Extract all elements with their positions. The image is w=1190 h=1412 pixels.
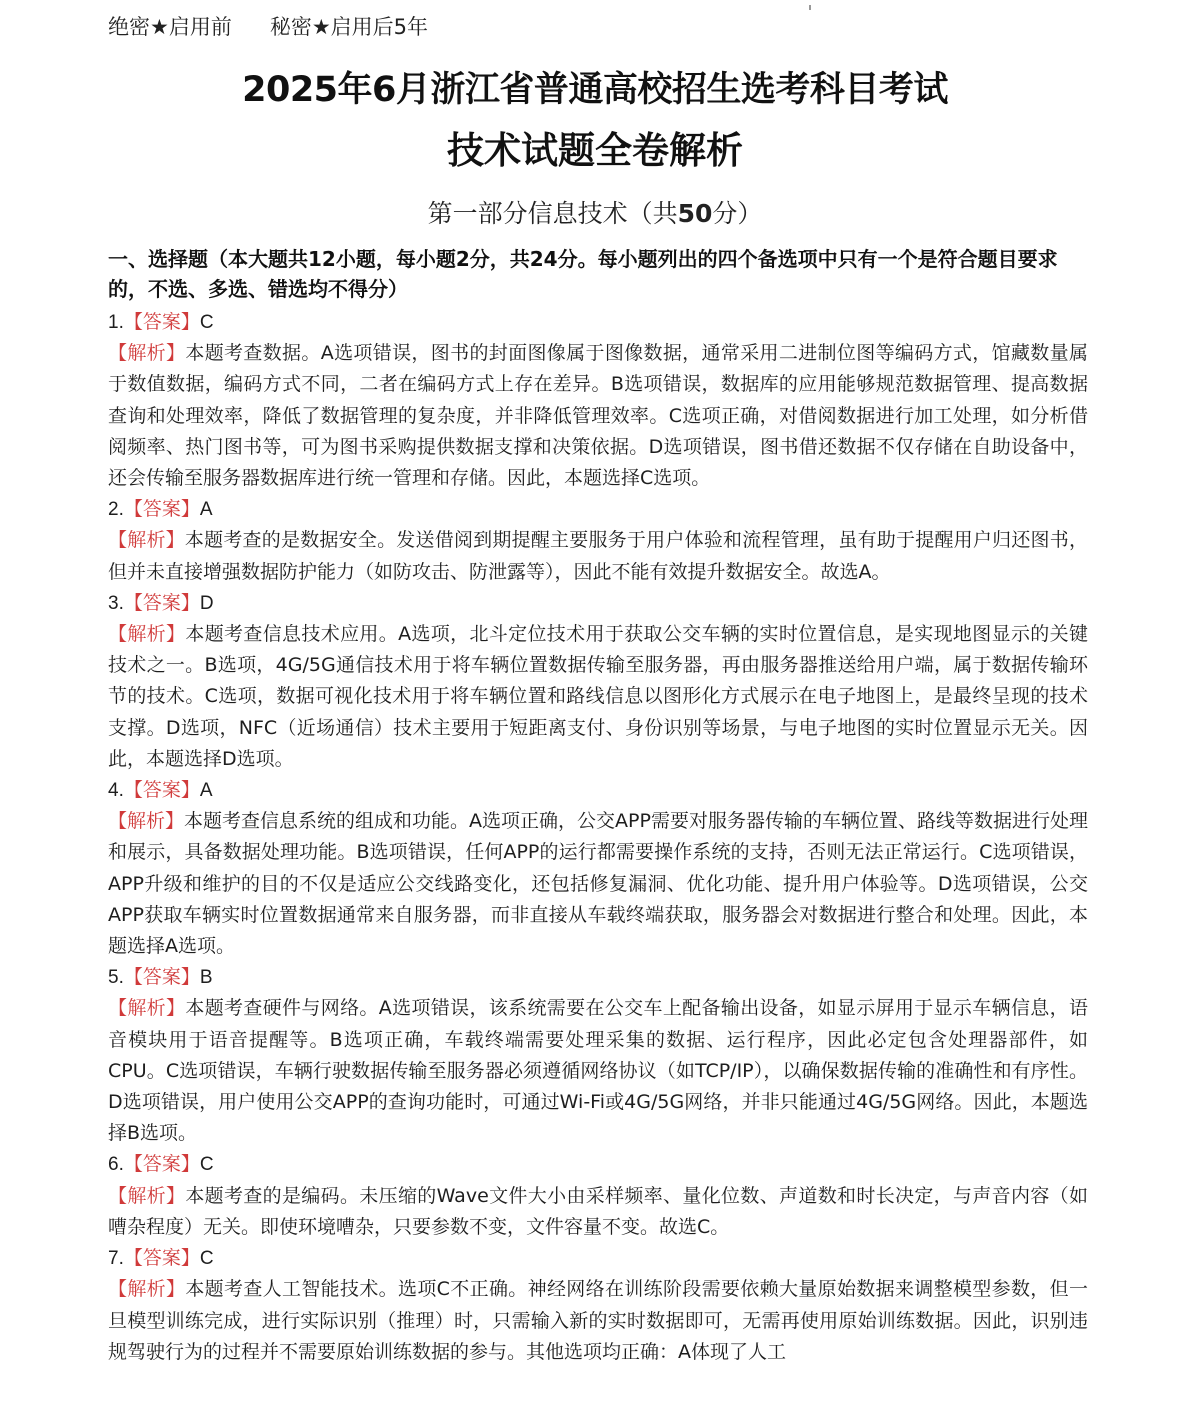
analysis-tag: 【解析】 [108, 529, 185, 551]
answer-content: 一、选择题（本大题共12小题，每小题2分，共24分。每小题列出的四个备选项中只有… [108, 244, 1088, 1368]
analysis-text: 本题考查的是编码。未压缩的Wave文件大小由采样频率、量化位数、声道数和时长决定… [108, 1185, 1088, 1238]
answer-line: 1.【答案】C [108, 307, 1088, 338]
part-title-prefix: 第一部分信息技术（共 [428, 199, 678, 228]
confidentiality-header: 绝密★启用前秘密★启用后5年 [108, 12, 428, 42]
analysis-text: 本题考查数据。A选项错误，图书的封面图像属于图像数据，通常采用二进制位图等编码方… [108, 342, 1088, 489]
answer-line: 2.【答案】A [108, 494, 1088, 525]
answer-tag: 【答案】 [124, 1153, 200, 1175]
answer-tag: 【答案】 [124, 498, 200, 520]
analysis-text: 本题考查硬件与网络。A选项错误，该系统需要在公交车上配备输出设备，如显示屏用于显… [108, 997, 1088, 1144]
question-number: 7. [108, 1248, 124, 1269]
analysis-tag: 【解析】 [108, 997, 185, 1019]
answer-tag: 【答案】 [124, 1247, 200, 1269]
secret-after-label: 秘密★启用后5年 [270, 15, 428, 39]
answer-value: C [200, 312, 214, 333]
analysis-text: 本题考查人工智能技术。选项C不正确。神经网络在训练阶段需要依赖大量原始数据来调整… [108, 1278, 1088, 1362]
answer-value: A [200, 780, 213, 801]
analysis-paragraph: 【解析】本题考查信息系统的组成和功能。A选项正确，公交APP需要对服务器传输的车… [108, 806, 1088, 962]
analysis-paragraph: 【解析】本题考查硬件与网络。A选项错误，该系统需要在公交车上配备输出设备，如显示… [108, 993, 1088, 1149]
question-number: 6. [108, 1154, 124, 1175]
analysis-paragraph: 【解析】本题考查人工智能技术。选项C不正确。神经网络在训练阶段需要依赖大量原始数… [108, 1274, 1088, 1368]
question-block-1: 1.【答案】C 【解析】本题考查数据。A选项错误，图书的封面图像属于图像数据，通… [108, 307, 1088, 494]
secret-before-label: 绝密★启用前 [108, 15, 232, 39]
document-title: 2025年6月浙江省普通高校招生选考科目考试 [0, 68, 1190, 112]
analysis-text: 本题考查信息技术应用。A选项，北斗定位技术用于获取公交车辆的实时位置信息，是实现… [108, 623, 1088, 770]
question-number: 1. [108, 312, 124, 333]
question-number: 5. [108, 967, 124, 988]
document-page: 绝密★启用前秘密★启用后5年 2025年6月浙江省普通高校招生选考科目考试 技术… [0, 0, 1190, 1412]
analysis-tag: 【解析】 [108, 810, 184, 832]
question-number: 4. [108, 780, 124, 801]
question-number: 3. [108, 593, 124, 614]
analysis-tag: 【解析】 [108, 623, 185, 645]
question-block-7: 7.【答案】C 【解析】本题考查人工智能技术。选项C不正确。神经网络在训练阶段需… [108, 1243, 1088, 1368]
question-block-6: 6.【答案】C 【解析】本题考查的是编码。未压缩的Wave文件大小由采样频率、量… [108, 1149, 1088, 1243]
question-block-4: 4.【答案】A 【解析】本题考查信息系统的组成和功能。A选项正确，公交APP需要… [108, 775, 1088, 962]
document-subtitle: 技术试题全卷解析 [0, 127, 1190, 175]
analysis-paragraph: 【解析】本题考查的是编码。未压缩的Wave文件大小由采样频率、量化位数、声道数和… [108, 1181, 1088, 1243]
analysis-paragraph: 【解析】本题考查信息技术应用。A选项，北斗定位技术用于获取公交车辆的实时位置信息… [108, 619, 1088, 775]
question-block-3: 3.【答案】D 【解析】本题考查信息技术应用。A选项，北斗定位技术用于获取公交车… [108, 588, 1088, 775]
analysis-text: 本题考查的是数据安全。发送借阅到期提醒主要服务于用户体验和流程管理，虽有助于提醒… [108, 529, 1088, 582]
question-number: 2. [108, 499, 124, 520]
section-heading: 一、选择题（本大题共12小题，每小题2分，共24分。每小题列出的四个备选项中只有… [108, 244, 1088, 304]
question-block-5: 5.【答案】B 【解析】本题考查硬件与网络。A选项错误，该系统需要在公交车上配备… [108, 962, 1088, 1149]
answer-value: D [200, 593, 214, 614]
answer-line: 5.【答案】B [108, 962, 1088, 993]
analysis-tag: 【解析】 [108, 1278, 185, 1300]
analysis-paragraph: 【解析】本题考查的是数据安全。发送借阅到期提醒主要服务于用户体验和流程管理，虽有… [108, 525, 1088, 587]
answer-value: B [200, 967, 213, 988]
analysis-paragraph: 【解析】本题考查数据。A选项错误，图书的封面图像属于图像数据，通常采用二进制位图… [108, 338, 1088, 494]
analysis-tag: 【解析】 [108, 1185, 185, 1207]
part-title: 第一部分信息技术（共50分） [0, 196, 1190, 232]
part-score: 50 [678, 199, 713, 228]
scan-artifact-mark [809, 5, 811, 10]
part-title-suffix: 分） [712, 199, 762, 228]
analysis-text: 本题考查信息系统的组成和功能。A选项正确，公交APP需要对服务器传输的车辆位置、… [108, 810, 1088, 957]
answer-line: 7.【答案】C [108, 1243, 1088, 1274]
answer-tag: 【答案】 [124, 592, 200, 614]
answer-value: C [200, 1248, 214, 1269]
answer-tag: 【答案】 [124, 966, 200, 988]
answer-value: C [200, 1154, 214, 1175]
answer-line: 4.【答案】A [108, 775, 1088, 806]
answer-tag: 【答案】 [124, 311, 200, 333]
answer-line: 3.【答案】D [108, 588, 1088, 619]
answer-line: 6.【答案】C [108, 1149, 1088, 1180]
answer-tag: 【答案】 [124, 779, 200, 801]
question-block-2: 2.【答案】A 【解析】本题考查的是数据安全。发送借阅到期提醒主要服务于用户体验… [108, 494, 1088, 588]
analysis-tag: 【解析】 [108, 342, 185, 364]
answer-value: A [200, 499, 213, 520]
